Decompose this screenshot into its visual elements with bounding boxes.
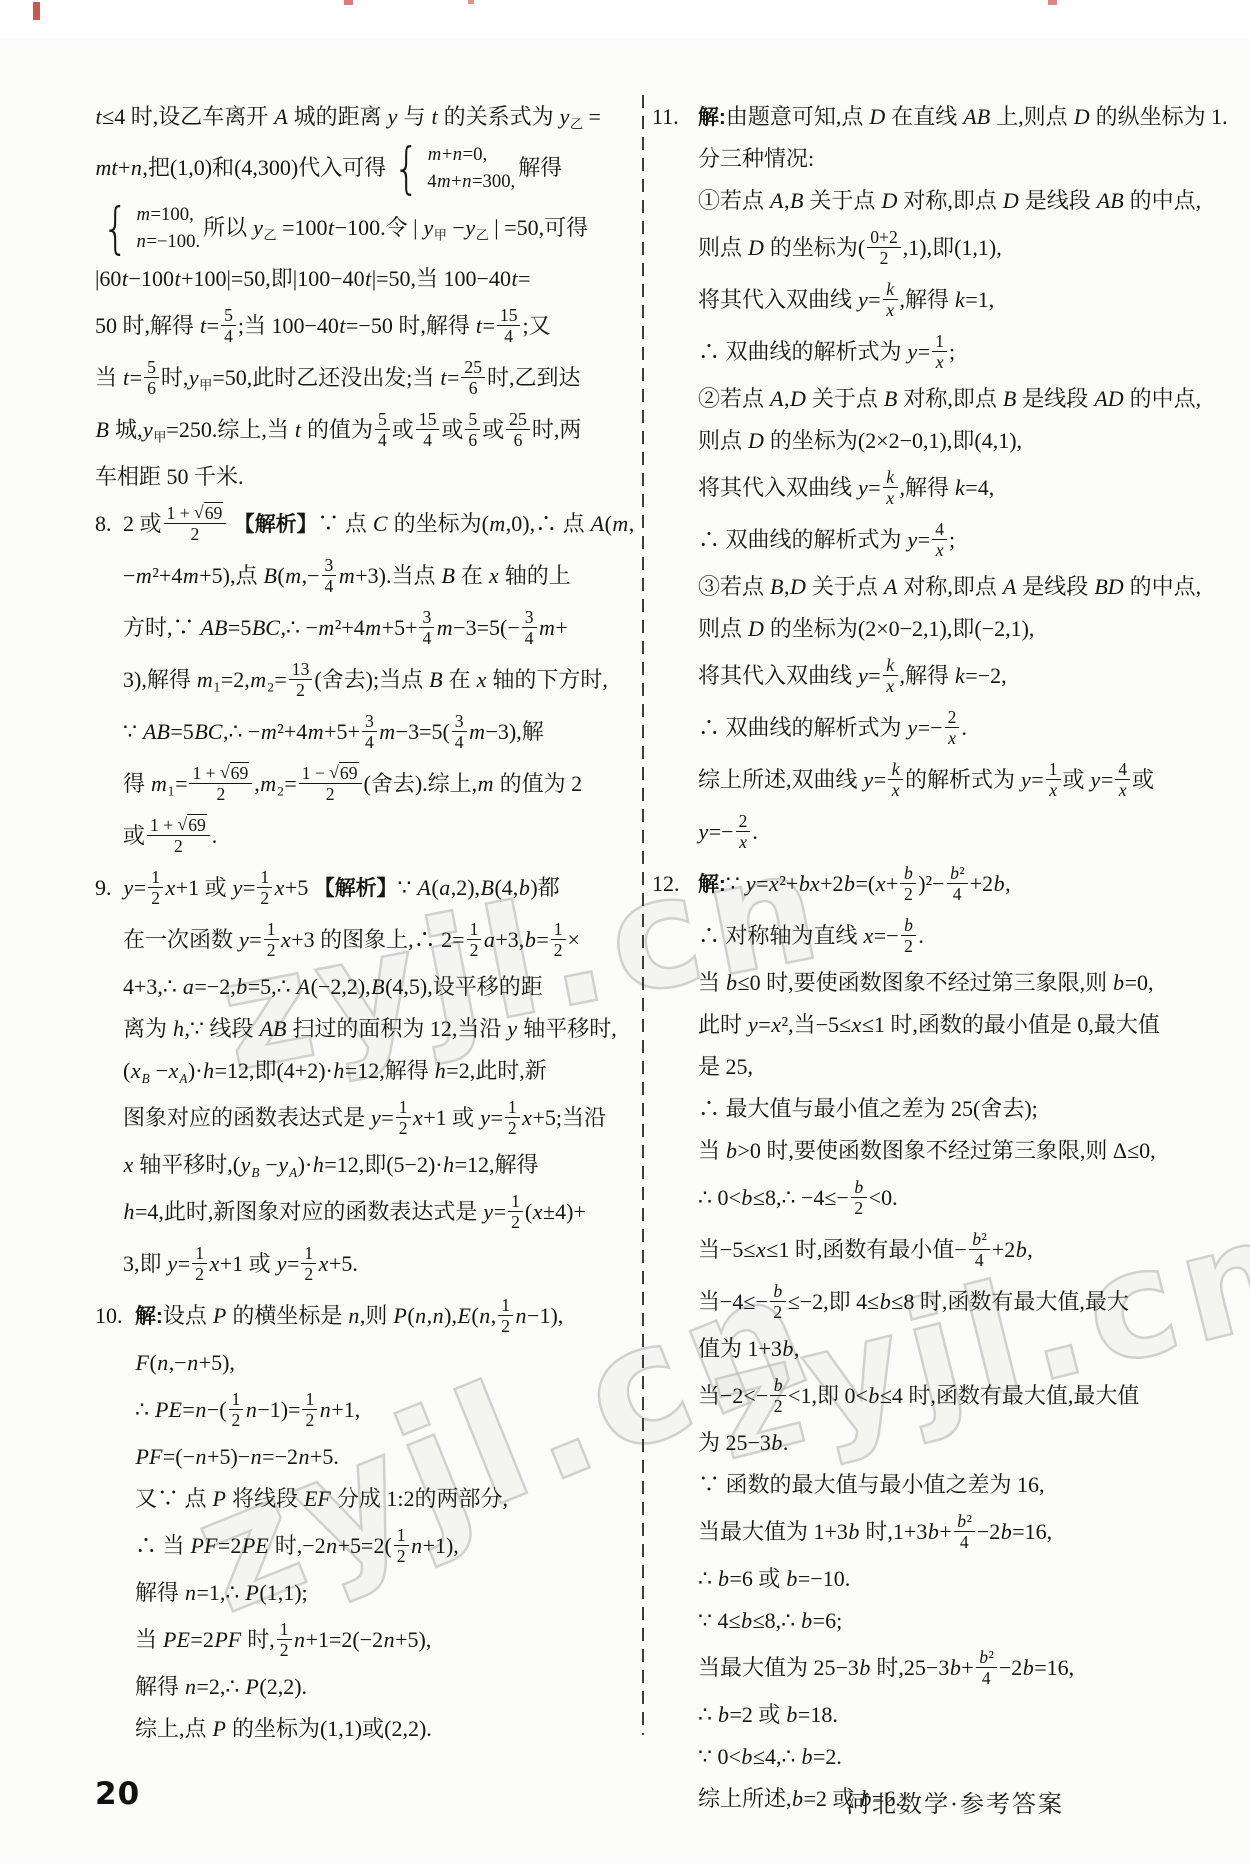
fraction: 12 xyxy=(277,1619,292,1660)
fraction: 34 xyxy=(522,607,537,648)
fraction: 12 xyxy=(505,1097,520,1138)
subscript: A xyxy=(179,1071,188,1086)
fraction: 34 xyxy=(362,711,377,752)
fraction: 256 xyxy=(461,357,485,398)
left-column: t≤4 时,设乙车离开 A 城的距离 y 与 t 的关系式为 y乙 =mt+n,… xyxy=(95,96,643,1750)
fraction: b²4 xyxy=(954,1511,975,1552)
item-number: 11. xyxy=(652,96,698,138)
fraction: 12 xyxy=(229,1389,244,1430)
subscript: B xyxy=(141,1071,150,1086)
fraction: b²4 xyxy=(947,863,968,904)
fraction: 4x xyxy=(1115,759,1130,800)
solution-continuation: t≤4 时,设乙车离开 A 城的距离 y 与 t 的关系式为 y乙 =mt+n,… xyxy=(95,96,643,498)
text-line: 是 25, xyxy=(698,1046,1210,1088)
fraction: 1 + √692 xyxy=(164,503,227,544)
fraction: 12 xyxy=(396,1097,411,1138)
fraction: 0+22 xyxy=(867,227,901,268)
fraction: b2 xyxy=(901,915,917,956)
text-line: 当最大值为 1+3b 时,1+3b+b²4−2b=16, xyxy=(698,1506,1210,1558)
text-line: 解得 n=1,∴ P(1,1); xyxy=(135,1572,643,1614)
fraction: 1 − √692 xyxy=(299,763,362,804)
text-line: 值为 1+3b, xyxy=(698,1328,1210,1370)
text-line: {m=100,n=−100.所以 y乙 =100t−100.令 | y甲 −y乙… xyxy=(95,198,643,258)
text-line: ∴ 0<b≤8,∴ −4≤−b2<0. xyxy=(698,1172,1210,1224)
fraction: 12 xyxy=(498,1295,513,1336)
fraction: 2x xyxy=(945,707,960,748)
text-line: ③若点 B,D 关于点 A 对称,即点 A 是线段 BD 的中点, xyxy=(698,566,1210,608)
fraction: 12 xyxy=(508,1191,523,1232)
fraction: 12 xyxy=(394,1525,409,1566)
scan-artifact xyxy=(33,2,40,20)
fraction: 34 xyxy=(419,607,434,648)
text-line: 将其代入双曲线 y=kx,解得 k=4, xyxy=(698,462,1210,514)
page-number: 20 xyxy=(95,1776,140,1812)
text-line: x 轴平移时,(yB −yA)·h=12,即(5−2)·h=12,解得 xyxy=(123,1144,643,1186)
text-line: 4+3,∴ a=−2,b=5,∴ A(−2,2),B(4,5),设平移的距 xyxy=(123,966,643,1008)
scan-artifact xyxy=(1048,0,1057,5)
bold-label: 解: xyxy=(698,106,726,129)
fraction: 132 xyxy=(289,659,313,700)
subscript: 甲 xyxy=(153,430,166,445)
text-line: 当−2<−b2<1,即 0<b≤4 时,函数有最大值,最大值 xyxy=(698,1370,1210,1422)
item-number: 8. xyxy=(95,498,123,550)
text-line: 当 PE=2PF 时,12n+1=2(−2n+5), xyxy=(135,1614,643,1666)
fraction: 34 xyxy=(452,711,467,752)
fraction: 56 xyxy=(144,357,159,398)
text-line: 12.解:∵ y=x²+bx+2b=(x+b2)²−b²4+2b, xyxy=(698,858,1210,910)
radical: √69 xyxy=(178,815,207,835)
fraction: 1 + √692 xyxy=(147,815,210,856)
subscript: B xyxy=(251,1165,260,1180)
text-line: 当−5≤x≤1 时,函数有最小值−b²4+2b, xyxy=(698,1224,1210,1276)
text-line: B 城,y甲=250.综上,当 t 的值为54或154或56或256时,两 xyxy=(95,404,643,456)
subscript: A xyxy=(289,1165,298,1180)
text-line: (xB −xA)·h=12,即(4+2)·h=12,解得 h=2,此时,新 xyxy=(123,1050,643,1092)
fraction: 2x xyxy=(736,811,751,852)
footer-title: 河北数学·参考答案 xyxy=(846,1784,1064,1819)
text-line: 当 b≤0 时,要使函数图象不经过第三象限,则 b=0, xyxy=(698,962,1210,1004)
solution-item-11: 11.解:由题意可知,点 D 在直线 AB 上,则点 D 的纵坐标为 1.分三种… xyxy=(652,96,1210,858)
bold-label: 解: xyxy=(698,873,726,896)
text-line: y=−2x. xyxy=(698,806,1210,858)
fraction: b²4 xyxy=(976,1647,997,1688)
text-line: 则点 D 的坐标为(0+22,1),即(1,1), xyxy=(698,222,1210,274)
solution-item-10: 10.解:设点 P 的横坐标是 n,则 P(n,n),E(n,12n−1),F(… xyxy=(95,1290,643,1750)
fraction: 12 xyxy=(302,1389,317,1430)
solution-item-8: 8.2 或1 + √692 【解析】∵ 点 C 的坐标为(m,0),∴ 点 A(… xyxy=(95,498,643,862)
fraction: 34 xyxy=(322,555,337,596)
text-line: 3,即 y=12x+1 或 y=12x+5. xyxy=(123,1238,643,1290)
fraction: b2 xyxy=(770,1375,786,1416)
fraction: 1 + √692 xyxy=(189,763,252,804)
radical: √69 xyxy=(194,503,223,523)
text-line: 分三种情况: xyxy=(698,138,1210,180)
fraction: 56 xyxy=(465,409,480,450)
item-number: 9. xyxy=(95,862,123,914)
fraction: 256 xyxy=(506,409,530,450)
fraction: 54 xyxy=(221,305,236,346)
subscript: 甲 xyxy=(199,378,212,393)
fraction: 12 xyxy=(551,919,566,960)
text-line: 8.2 或1 + √692 【解析】∵ 点 C 的坐标为(m,0),∴ 点 A(… xyxy=(123,498,643,550)
text-line: F(n,−n+5), xyxy=(135,1342,643,1384)
radical: √69 xyxy=(329,763,358,783)
text-line: ∴ 对称轴为直线 x=−b2. xyxy=(698,910,1210,962)
equation-system: {m=100,n=−100. xyxy=(98,201,200,255)
fraction: kx xyxy=(888,759,903,800)
brace-icon: { xyxy=(394,145,420,192)
fraction: b²4 xyxy=(969,1229,990,1270)
text-line: 方时,∵ AB=5BC,∴ −m²+4m+5+34m−3=5(−34m+ xyxy=(123,602,643,654)
text-line: 当 b>0 时,要使函数图象不经过第三象限,则 Δ≤0, xyxy=(698,1130,1210,1172)
text-line: mt+n,把(1,0)和(4,300)代入可得{m+n=0,4m+n=300,解… xyxy=(95,138,643,198)
text-line: ∴ 当 PF=2PE 时,−2n+5=2(12n+1), xyxy=(135,1520,643,1572)
text-line: 离为 h,∵ 线段 AB 扫过的面积为 12,当沿 y 轴平移时, xyxy=(123,1008,643,1050)
radical: √69 xyxy=(220,763,249,783)
equation-system: {m+n=0,4m+n=300, xyxy=(389,141,515,195)
text-line: 图象对应的函数表达式是 y=12x+1 或 y=12x+5;当沿 xyxy=(123,1092,643,1144)
bold-label: 【解析】 xyxy=(234,513,318,536)
fraction: 4x xyxy=(932,519,947,560)
fraction: b2 xyxy=(851,1177,867,1218)
solution-item-9: 9.y=12x+1 或 y=12x+5 【解析】∵ A(a,2),B(4,b)都… xyxy=(95,862,643,1290)
scanned-answer-page: zyjl.cn zyjl.cn zyjl.cn t≤4 时,设乙车离开 A 城的… xyxy=(0,0,1250,1864)
text-line: ∴ 最大值与最小值之差为 25(舍去); xyxy=(698,1088,1210,1130)
text-line: ∵ 函数的最大值与最小值之差为 16, xyxy=(698,1464,1210,1506)
text-line: ∴ 双曲线的解析式为 y=4x; xyxy=(698,514,1210,566)
fraction: 12 xyxy=(148,867,163,908)
solution-item-12: 12.解:∵ y=x²+bx+2b=(x+b2)²−b²4+2b,∴ 对称轴为直… xyxy=(652,858,1210,1820)
text-line: 在一次函数 y=12x+3 的图象上,∴ 2=12a+3,b=12× xyxy=(123,914,643,966)
text-line: 综上,点 P 的坐标为(1,1)或(2,2). xyxy=(135,1708,643,1750)
brace-icon: { xyxy=(102,205,128,252)
fraction: 12 xyxy=(301,1243,316,1284)
item-number: 12. xyxy=(652,858,698,910)
text-line: 当最大值为 25−3b 时,25−3b+b²4−2b=16, xyxy=(698,1642,1210,1694)
text-line: 50 时,解得 t=54;当 100−40t=−50 时,解得 t=154;又 xyxy=(95,300,643,352)
right-column: 11.解:由题意可知,点 D 在直线 AB 上,则点 D 的纵坐标为 1.分三种… xyxy=(652,96,1210,1820)
text-line: 9.y=12x+1 或 y=12x+5 【解析】∵ A(a,2),B(4,b)都 xyxy=(123,862,643,914)
item-number: 10. xyxy=(95,1290,135,1342)
text-line: ∴ PE=n−(12n−1)=12n+1, xyxy=(135,1384,643,1436)
fraction: 12 xyxy=(467,919,482,960)
text-line: 解得 n=2,∴ P(2,2). xyxy=(135,1666,643,1708)
scan-artifact xyxy=(344,0,353,5)
text-line: t≤4 时,设乙车离开 A 城的距离 y 与 t 的关系式为 y乙 = xyxy=(95,96,643,138)
text-line: 综上所述,双曲线 y=kx的解析式为 y=1x或 y=4x或 xyxy=(698,754,1210,806)
fraction: 1x xyxy=(932,331,947,372)
text-line: 或1 + √692. xyxy=(123,810,643,862)
text-line: ∴ b=6 或 b=−10. xyxy=(698,1558,1210,1600)
subscript: 乙 xyxy=(476,228,489,243)
text-line: 则点 D 的坐标为(2×2−0,1),即(4,1), xyxy=(698,420,1210,462)
text-line: 当 t=56时,y甲=50,此时乙还没出发;当 t=256时,乙到达 xyxy=(95,352,643,404)
subscript: 乙 xyxy=(570,117,583,132)
fraction: 154 xyxy=(497,305,521,346)
fraction: 154 xyxy=(416,409,440,450)
text-line: h=4,此时,新图象对应的函数表达式是 y=12(x±4)+ xyxy=(123,1186,643,1238)
column-divider xyxy=(642,95,644,1735)
scan-artifact xyxy=(468,0,474,4)
text-line: ∴ 双曲线的解析式为 y=−2x. xyxy=(698,702,1210,754)
text-line: ②若点 A,D 关于点 B 对称,即点 B 是线段 AD 的中点, xyxy=(698,378,1210,420)
text-line: ∵ AB=5BC,∴ −m²+4m+5+34m−3=5(34m−3),解 xyxy=(123,706,643,758)
text-line: 此时 y=x²,当−5≤x≤1 时,函数的最小值是 0,最大值 xyxy=(698,1004,1210,1046)
text-line: 当−4≤−b2≤−2,即 4≤b≤8 时,函数有最大值,最大 xyxy=(698,1276,1210,1328)
fraction: 12 xyxy=(192,1243,207,1284)
text-line: 将其代入双曲线 y=kx,解得 k=−2, xyxy=(698,650,1210,702)
text-line: 又∵ 点 P 将线段 EF 分成 1:2的两部分, xyxy=(135,1478,643,1520)
fraction: 54 xyxy=(375,409,390,450)
text-line: −m²+4m+5),点 B(m,−34m+3).当点 B 在 x 轴的上 xyxy=(123,550,643,602)
text-line: 10.解:设点 P 的横坐标是 n,则 P(n,n),E(n,12n−1), xyxy=(135,1290,643,1342)
text-line: ∵ 4≤b≤8,∴ b=6; xyxy=(698,1600,1210,1642)
text-line: 将其代入双曲线 y=kx,解得 k=1, xyxy=(698,274,1210,326)
bold-label: 解: xyxy=(135,1305,163,1328)
text-line: 11.解:由题意可知,点 D 在直线 AB 上,则点 D 的纵坐标为 1. xyxy=(698,96,1210,138)
scan-top-margin xyxy=(0,0,1250,38)
fraction: 12 xyxy=(264,919,279,960)
text-line: ①若点 A,B 关于点 D 对称,即点 D 是线段 AB 的中点, xyxy=(698,180,1210,222)
text-line: ∴ b=2 或 b=18. xyxy=(698,1694,1210,1736)
text-line: 则点 D 的坐标为(2×0−2,1),即(−2,1), xyxy=(698,608,1210,650)
fraction: kx xyxy=(883,467,898,508)
text-line: 车相距 50 千米. xyxy=(95,456,643,498)
subscript: 甲 xyxy=(434,228,447,243)
text-line: ∴ 双曲线的解析式为 y=1x; xyxy=(698,326,1210,378)
fraction: kx xyxy=(883,279,898,320)
fraction: b2 xyxy=(900,863,916,904)
fraction: 12 xyxy=(257,867,272,908)
text-line: 得 m₁=1 + √692,m₂=1 − √692(舍去).综上,m 的值为 2 xyxy=(123,758,643,810)
text-line: |60t−100t+100|=50,即|100−40t|=50,当 100−40… xyxy=(95,258,643,300)
fraction: kx xyxy=(883,655,898,696)
subscript: 乙 xyxy=(263,228,276,243)
text-line: 3),解得 m₁=2,m₂=132(舍去);当点 B 在 x 轴的下方时, xyxy=(123,654,643,706)
text-line: PF=(−n+5)−n=−2n+5. xyxy=(135,1436,643,1478)
fraction: 1x xyxy=(1046,759,1061,800)
bold-label: 【解析】 xyxy=(314,877,398,900)
fraction: b2 xyxy=(770,1281,786,1322)
text-line: ∵ 0<b≤4,∴ b=2. xyxy=(698,1736,1210,1778)
text-line: 为 25−3b. xyxy=(698,1422,1210,1464)
